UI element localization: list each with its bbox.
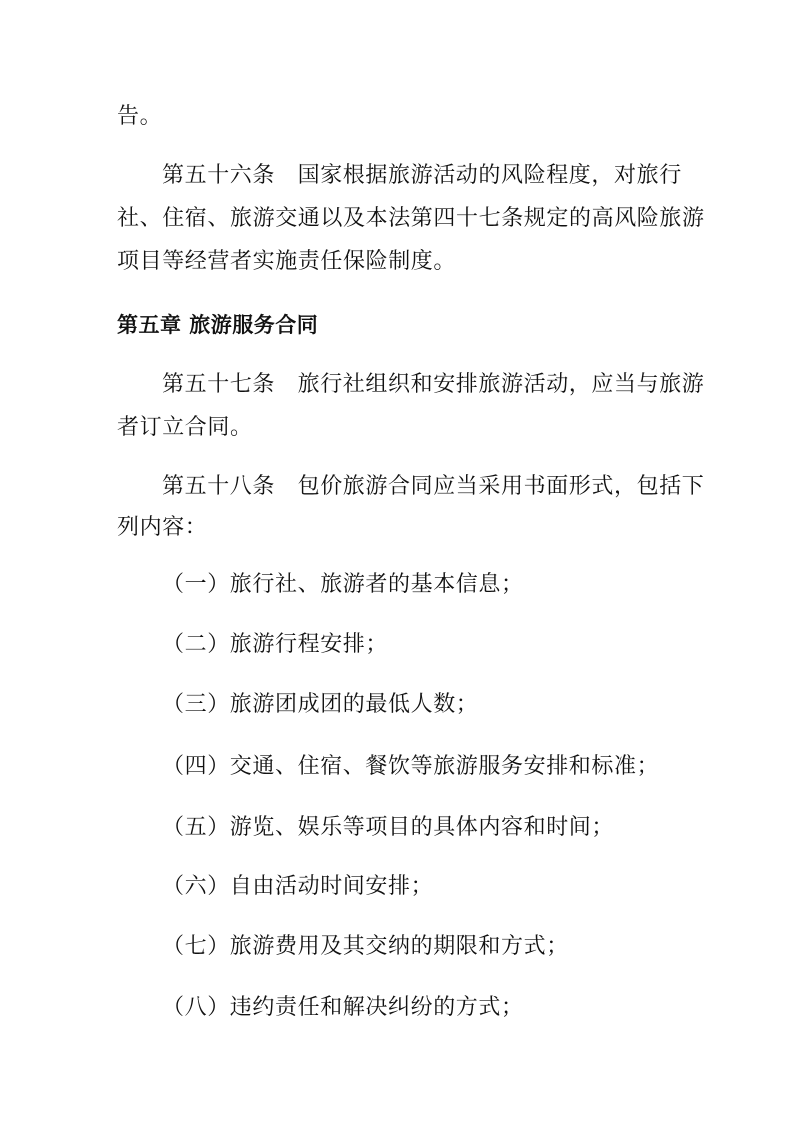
list-item: （一）旅行社、旅游者的基本信息； (162, 572, 524, 598)
list-item: （六）自由活动时间安排； (162, 874, 433, 900)
previous-fragment: 告。 (117, 104, 162, 130)
article-58-line-1: 第五十八条 包价旅游合同应当采用书面形式，包括下 (162, 474, 704, 500)
list-item: （四）交通、住宿、餐饮等旅游服务安排和标准； (162, 754, 659, 780)
article-58-line-2: 列内容： (117, 515, 207, 541)
article-56-line-3: 项目等经营者实施责任保险制度。 (117, 249, 456, 275)
list-item: （二）旅游行程安排； (162, 632, 388, 658)
list-item: （八）违约责任和解决纠纷的方式； (162, 995, 524, 1021)
list-item: （三）旅游团成团的最低人数； (162, 692, 478, 718)
article-56-line-2: 社、住宿、旅游交通以及本法第四十七条规定的高风险旅游 (117, 206, 705, 232)
list-item: （五）游览、娱乐等项目的具体内容和时间； (162, 815, 614, 841)
list-item: （七）旅游费用及其交纳的期限和方式； (162, 934, 569, 960)
article-57-line-1: 第五十七条 旅行社组织和安排旅游活动，应当与旅游 (162, 372, 704, 398)
article-57-line-2: 者订立合同。 (117, 415, 253, 441)
article-56-line-1: 第五十六条 国家根据旅游活动的风险程度，对旅行 (162, 163, 682, 189)
chapter-heading: 第五章 旅游服务合同 (117, 312, 318, 338)
